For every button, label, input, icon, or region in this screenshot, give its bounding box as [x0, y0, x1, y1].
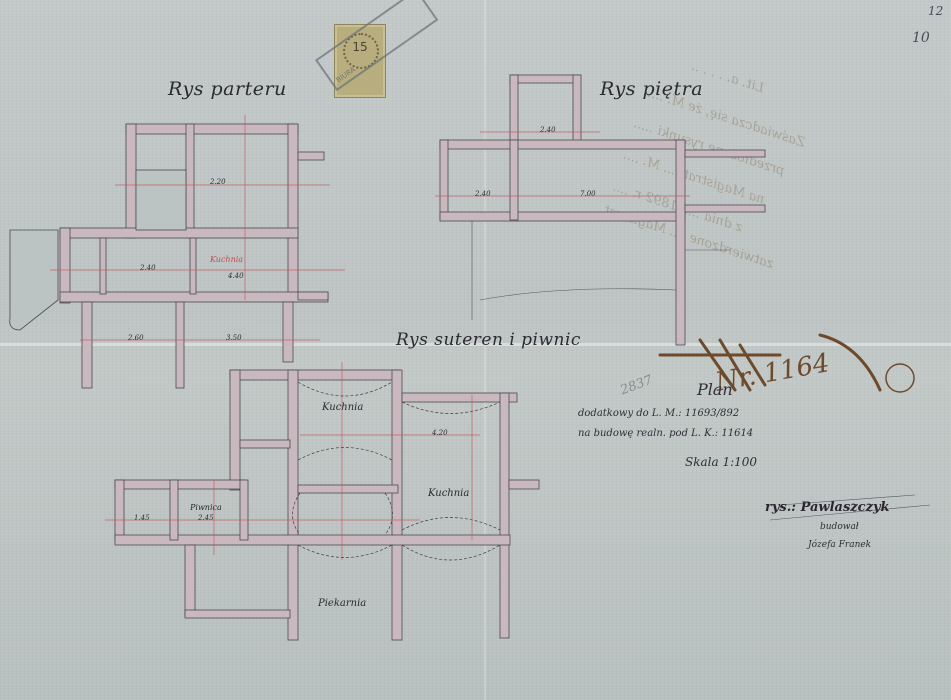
dimension-label: 4.40 — [228, 272, 244, 280]
dimension-label: 4.20 — [432, 429, 448, 437]
basement-room-kitchen-1: Kuchnia — [322, 402, 363, 413]
basement-room-bakery: Piekarnia — [318, 598, 366, 609]
upper-floor-title: Rys piętra — [600, 78, 703, 100]
basement-room-kitchen-2: Kuchnia — [428, 488, 469, 499]
dimension-label: 1.45 — [134, 514, 150, 522]
signature-builder-name: Józefa Franek — [808, 540, 871, 550]
page-number-alt: 12 — [928, 4, 943, 18]
dimension-label: 2.40 — [475, 190, 491, 198]
scale-label: Skala 1:100 — [685, 455, 757, 469]
floor-plan-drawing — [0, 0, 951, 700]
dimension-label: 3.50 — [226, 334, 242, 342]
dimension-label: 2.40 — [540, 126, 556, 134]
dimension-label: 2.20 — [210, 178, 226, 186]
basement-title: Rys suteren i piwnic — [396, 330, 581, 350]
dimension-label: 2.60 — [128, 334, 144, 342]
ground-floor-title: Rys parteru — [168, 78, 287, 100]
signature-builder-role: budował — [820, 522, 859, 532]
caption-heading: Plan — [697, 380, 733, 399]
signature-drafter: rys.: Pawlaszczyk — [765, 500, 890, 515]
dimension-label: 7.00 — [580, 190, 596, 198]
scanned-floor-plan-sheet: Lit. a. . . . .. Zaświadcza się, że M. .… — [0, 0, 951, 700]
ground-room-label: Kuchnia — [210, 255, 243, 264]
dimension-label: 2.40 — [140, 264, 156, 272]
basement-room-cellar: Piwnica — [190, 503, 222, 512]
dimension-label: 2.45 — [198, 514, 214, 522]
caption-line-1: dodatkowy do L. M.: 11693/892 — [578, 408, 739, 419]
page-number: 10 — [912, 30, 930, 46]
caption-line-2: na budowę realn. pod L. K.: 11614 — [578, 428, 753, 439]
